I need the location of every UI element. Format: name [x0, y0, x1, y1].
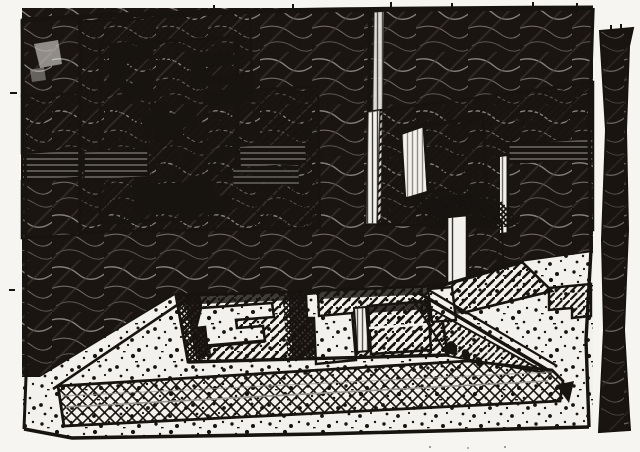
sketch-canvas: Dense scribbled ink background Stacked s…	[0, 0, 640, 452]
cube-front-face	[424, 118, 487, 192]
cube	[401, 118, 487, 199]
maze-pit: Hatched sunken courtyard with freestandi…	[176, 286, 448, 364]
tablet-side-band	[84, 149, 148, 180]
ink-sketch-artwork: Dense scribbled ink background Stacked s…	[0, 0, 640, 452]
left-block-column: Stacked scribbled and hatched blocks alo…	[22, 16, 80, 238]
